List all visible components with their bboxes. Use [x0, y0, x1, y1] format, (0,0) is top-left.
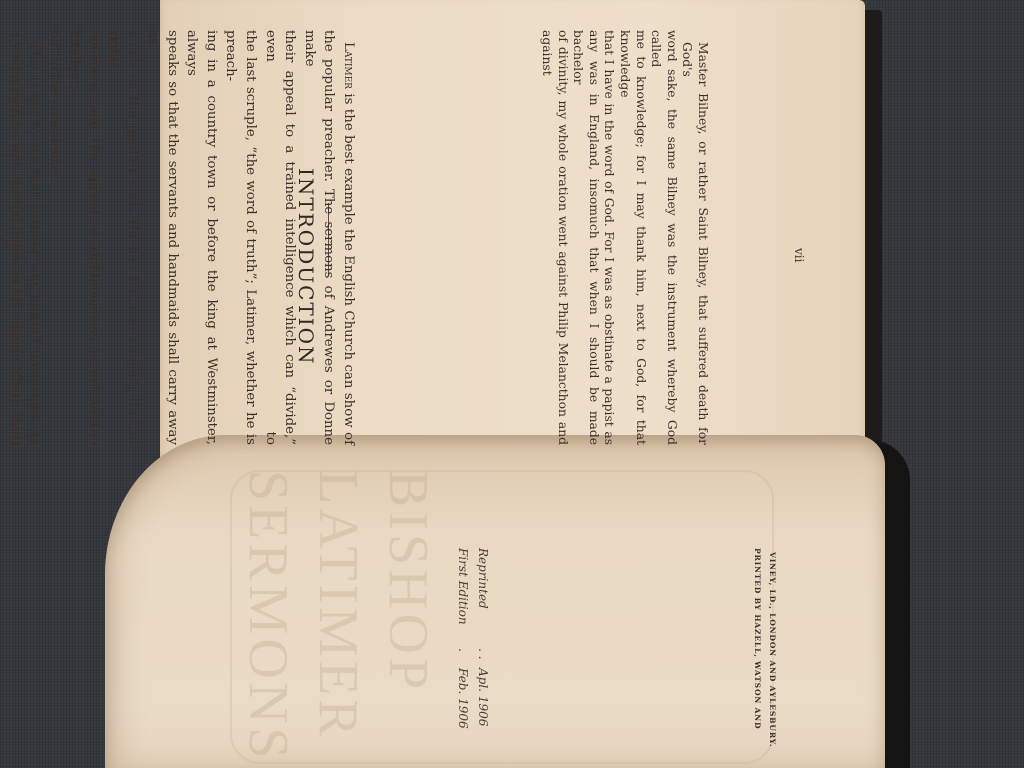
- page-number: vii: [792, 248, 806, 262]
- edition-date: Feb. 1906: [456, 668, 470, 729]
- quote-line: Master Bilney, or rather Saint Bilney, t…: [679, 30, 710, 445]
- show-through-text: LATIMER: [306, 470, 370, 741]
- text-line: but to the conscience.: [45, 30, 65, 445]
- quote-line: any was in England, insomuch that when I…: [570, 30, 601, 445]
- text-line: a young man he was elected fellow of his…: [5, 30, 25, 445]
- text-line: This is not to say that Latimer was hims…: [25, 30, 45, 445]
- printer-imprint-line-2: VINEY, LD., LONDON AND AYLESBURY.: [768, 552, 777, 747]
- printer-imprint-line-1: PRINTED BY HAZELL, WATSON AND: [753, 548, 762, 729]
- quote-line: me to knowledge; for I may thank him, ne…: [616, 30, 647, 445]
- text-line: ing in a country town or before the king…: [182, 30, 221, 445]
- edition-dots: .: [456, 648, 470, 668]
- text-line: Latimer is the best example the English …: [338, 30, 358, 445]
- text-line: their appeal to a trained intelligence w…: [260, 30, 299, 445]
- edition-label: First Edition: [456, 548, 470, 648]
- text-line: at Cambridge, and was one of twelve prea…: [0, 30, 5, 445]
- edition-row: Reprinted. .Apl. 1906: [476, 548, 490, 726]
- text-line: speaks so that the servants and handmaid…: [142, 30, 181, 445]
- text-line: the last scruple, “the word of truth”; L…: [221, 30, 260, 445]
- quote-line: of divinity, my whole oration went again…: [538, 30, 569, 445]
- edition-date: Apl. 1906: [476, 668, 490, 726]
- quotation-block: Master Bilney, or rather Saint Bilney, t…: [538, 30, 710, 445]
- show-through-text: BISHOP: [376, 470, 440, 693]
- quote-line: that I have in the word of God. For I wa…: [601, 30, 617, 445]
- show-through-text: SERMONS: [236, 470, 300, 763]
- text-line: eousness, and the appeal of righteousnes…: [64, 30, 103, 445]
- text-line: much as the gentler sort. He has but one…: [103, 30, 142, 445]
- text-line: the popular preacher. The sermons of And…: [299, 30, 338, 445]
- edition-row: First Edition.Feb. 1906: [456, 548, 470, 729]
- quote-line: word sake, the same Bilney was the instr…: [648, 30, 679, 445]
- edition-label: Reprinted: [476, 548, 490, 648]
- edition-dots: . .: [476, 648, 490, 668]
- body-text: Latimer is the best example the English …: [0, 30, 358, 445]
